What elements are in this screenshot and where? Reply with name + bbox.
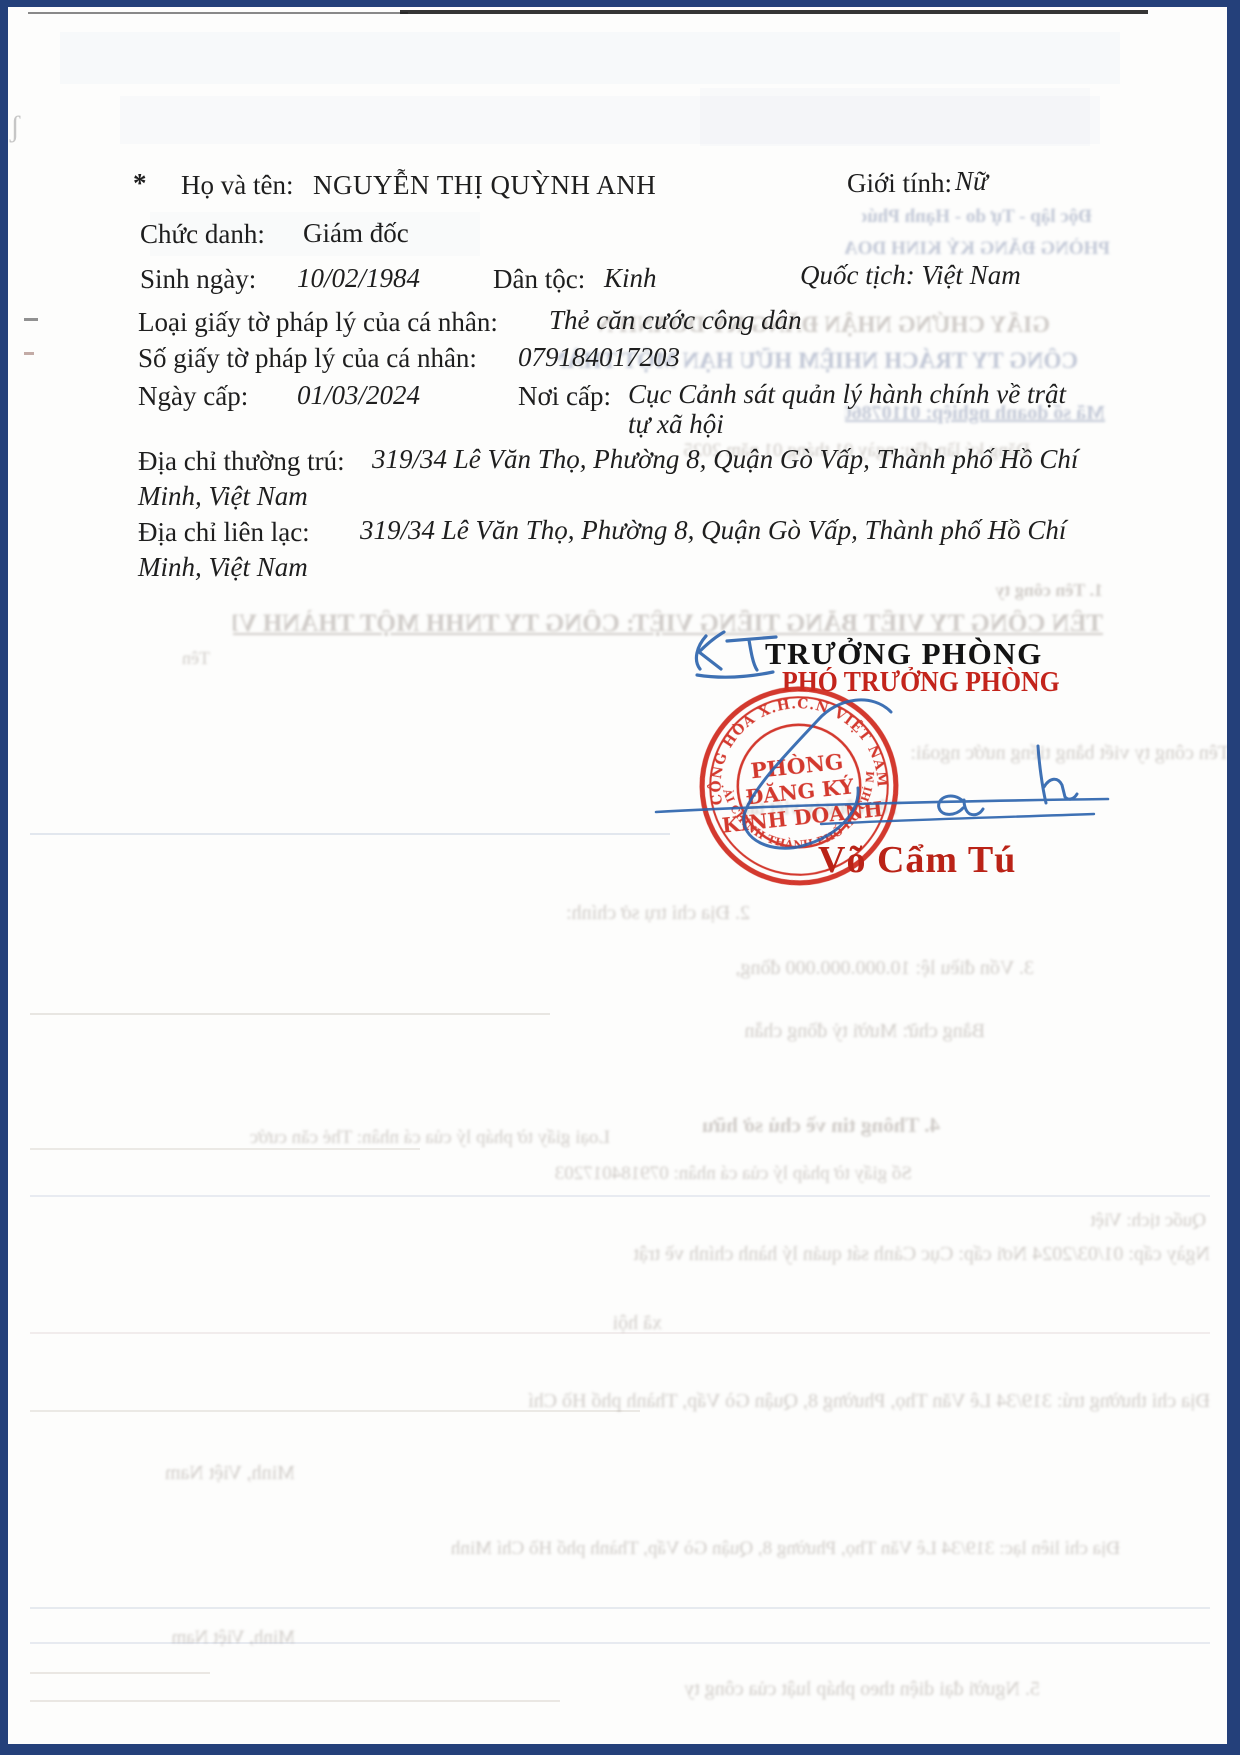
issue-date-value: 01/03/2024	[297, 380, 420, 411]
gender-label: Giới tính:	[847, 168, 952, 199]
ghost-bleedthrough-text: Quốc tịch: Việt	[1046, 1210, 1206, 1232]
scan-artifact-line	[24, 352, 34, 355]
ghost-bleedthrough-text: Minh, Việt Nam	[120, 1627, 295, 1649]
ghost-bleedthrough-text: Ngày cấp: 01/03/2024 Nơi cấp: Cục Cảnh s…	[120, 1243, 1210, 1266]
kt-handwritten-mark	[696, 632, 776, 677]
ghost-bleedthrough-text: Minh, Việt Nam	[120, 1462, 295, 1485]
permanent-address-label: Địa chỉ thường trú:	[138, 446, 345, 477]
contact-address-label: Địa chỉ liên lạc:	[138, 517, 310, 548]
birthdate-label: Sinh ngày:	[140, 264, 256, 295]
scan-artifact-line	[30, 1013, 550, 1015]
ghost-bleedthrough-text: xã hội	[572, 1312, 662, 1335]
scan-artifact-line	[28, 12, 408, 14]
issue-place-value-line1: Cục Cảnh sát quản lý hành chính về trật	[628, 379, 1066, 410]
scan-wash-patch	[700, 88, 1090, 146]
ghost-bleedthrough-text: Địa chỉ liên lạc: 319/34 Lê Văn Thọ, Phư…	[120, 1538, 1120, 1560]
nationality-text: Quốc tịch: Việt Nam	[800, 260, 1021, 291]
scan-artifact-mark: ʃ	[10, 110, 20, 144]
signature-letters-au	[939, 796, 983, 815]
scan-wash-patch	[60, 32, 1120, 84]
name-label: Họ và tên:	[181, 170, 293, 201]
scan-artifact-line	[400, 10, 1148, 14]
signature-letters-lu	[1038, 746, 1077, 803]
ghost-bleedthrough-text: 1. Tên công ty	[978, 580, 1103, 601]
issue-date-label: Ngày cấp:	[138, 381, 248, 412]
ghost-bleedthrough-text: Loại giấy tờ pháp lý của cá nhân: Thẻ că…	[140, 1127, 610, 1149]
id-doc-type-label: Loại giấy tờ pháp lý của cá nhân:	[138, 307, 498, 338]
position-label: Chức danh:	[140, 219, 265, 250]
ghost-bleedthrough-text: Tên	[140, 648, 210, 669]
issue-place-value-line2: tự xã hội	[628, 409, 724, 440]
signer-name: Võ Cẩm Tú	[818, 838, 1016, 882]
signature-flourish-line1	[656, 799, 1108, 812]
scanned-document-page: ʃ * Họ và tên: NGUYỄN THỊ QUỲNH ANH Giới…	[0, 0, 1240, 1755]
scan-artifact-line	[30, 1700, 560, 1702]
scan-artifact-line	[30, 1607, 1210, 1609]
ghost-bleedthrough-text: Số giấy tờ pháp lý của cá nhân: 07918401…	[542, 1163, 912, 1185]
ethnicity-value: Kinh	[604, 263, 657, 294]
gender-value: Nữ	[955, 166, 988, 197]
permanent-address-line1: 319/34 Lê Văn Thọ, Phường 8, Quận Gò Vấp…	[372, 444, 1078, 475]
issue-place-label: Nơi cấp:	[518, 381, 611, 412]
ghost-bleedthrough-text: Địa chỉ thường trú: 319/34 Lê Văn Thọ, P…	[120, 1390, 1210, 1413]
scan-artifact-line	[30, 833, 670, 835]
ghost-bleedthrough-text: PHÒNG ĐĂNG KÝ KINH DOANH	[845, 238, 1110, 260]
contact-address-line2: Minh, Việt Nam	[138, 552, 308, 583]
id-doc-number-value: 079184017203	[518, 342, 680, 373]
birthdate-value: 10/02/1984	[297, 263, 420, 294]
ghost-bleedthrough-text: 3. Vốn điều lệ: 10.000.000.000 đồng,	[694, 957, 1034, 980]
ghost-bleedthrough-text: 2. Địa chỉ trụ sở chính:	[350, 902, 750, 925]
id-doc-type-value: Thẻ căn cước công dân	[549, 305, 802, 336]
position-value: Giám đốc	[303, 218, 409, 249]
ghost-bleedthrough-text: 5. Người đại diện theo pháp luật của côn…	[560, 1678, 1040, 1701]
ghost-bleedthrough-text: Bằng chữ: Mười tỷ đồng chẵn	[590, 1020, 985, 1043]
signature-loop	[744, 700, 891, 848]
name-value: NGUYỄN THỊ QUỲNH ANH	[313, 170, 656, 201]
ghost-bleedthrough-text: Độc lập - Tự do - Hạnh Phúc	[862, 206, 1092, 228]
ghost-bleedthrough-text: 4. Thông tin về chủ sở hữu	[590, 1113, 940, 1137]
permanent-address-line2: Minh, Việt Nam	[138, 481, 308, 512]
contact-address-line1: 319/34 Lê Văn Thọ, Phường 8, Quận Gò Vấp…	[360, 515, 1066, 546]
scan-artifact-line	[24, 318, 38, 321]
scan-artifact-line	[30, 1672, 210, 1674]
signature-flourish-line2	[821, 814, 1094, 824]
id-doc-number-label: Số giấy tờ pháp lý của cá nhân:	[138, 343, 477, 374]
ethnicity-label: Dân tộc:	[493, 264, 585, 295]
bullet-star: *	[133, 168, 147, 199]
scan-artifact-line	[30, 1195, 1210, 1197]
